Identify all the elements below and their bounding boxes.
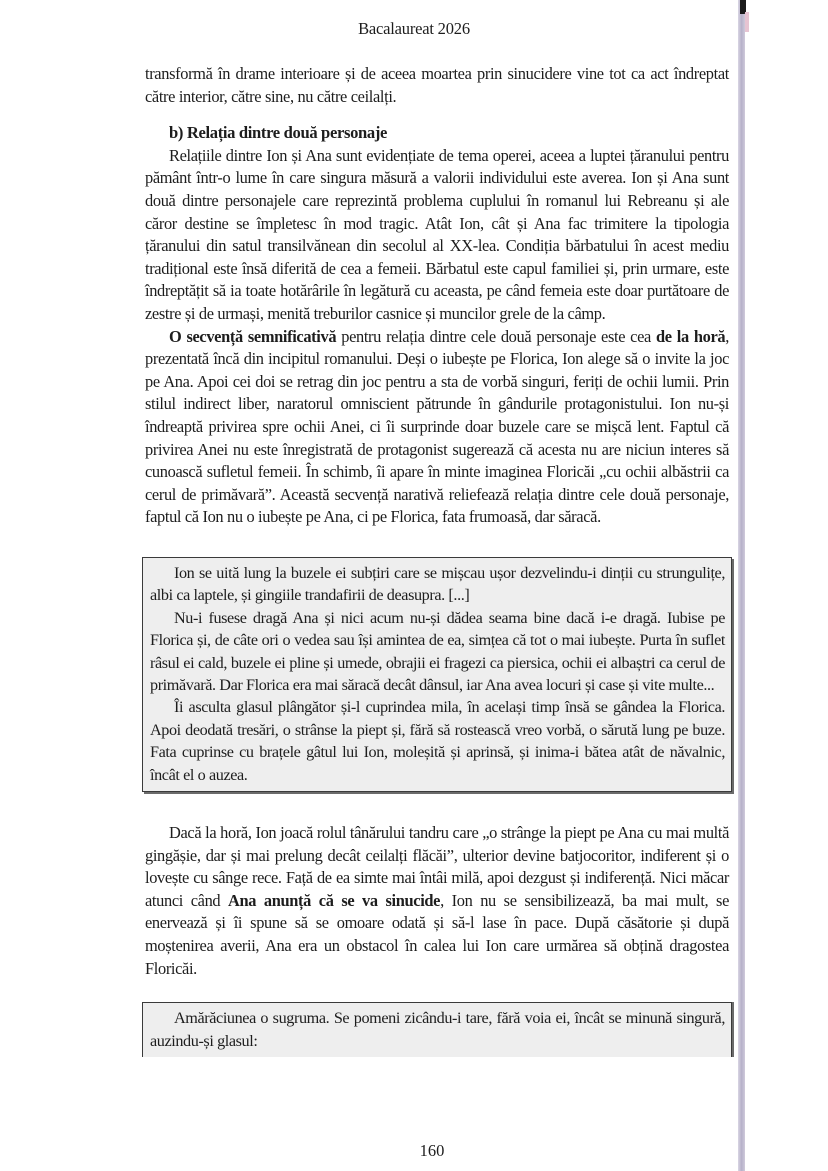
page-number: 160 (0, 1141, 828, 1161)
body-paragraph-2: O secvență semnificativă pentru relația … (145, 326, 729, 529)
quote-box-2: Amărăciunea o sugruma. Se pomeni zicându… (142, 1002, 732, 1057)
body-paragraph-1: Relațiile dintre Ion și Ana sunt evidenț… (145, 145, 729, 326)
quote-1-paragraph-3: Îi asculta glasul plângător și-l cuprind… (150, 696, 725, 786)
body-paragraph-3: Dacă la horă, Ion joacă rolul tânărului … (145, 822, 729, 980)
quote-box-1: Ion se uită lung la buzele ei subțiri ca… (142, 557, 732, 792)
quote-2-paragraph-1: Amărăciunea o sugruma. Se pomeni zicându… (150, 1007, 725, 1052)
running-head: Bacalaureat 2026 (0, 19, 828, 39)
page-content: transformă în drame interioare și de ace… (145, 63, 729, 1057)
emphasis-sinucide: Ana anunță că se va sinucide (228, 891, 440, 910)
paragraph-2-text-b: , prezentată încă din incipitul romanulu… (145, 327, 729, 527)
emphasis-hora: de la horă (656, 327, 725, 346)
section-heading: b) Relația dintre două personaje (169, 122, 729, 145)
intro-paragraph: transformă în drame interioare și de ace… (145, 63, 729, 108)
quote-1-paragraph-1: Ion se uită lung la buzele ei subțiri ca… (150, 562, 725, 607)
page-edge (738, 0, 745, 1171)
quote-1-paragraph-2: Nu-i fusese dragă Ana și nici acum nu-și… (150, 607, 725, 697)
emphasis-sequence: O secvență semnificativă (169, 327, 336, 346)
paragraph-2-text-a: pentru relația dintre cele două personaj… (336, 327, 656, 346)
